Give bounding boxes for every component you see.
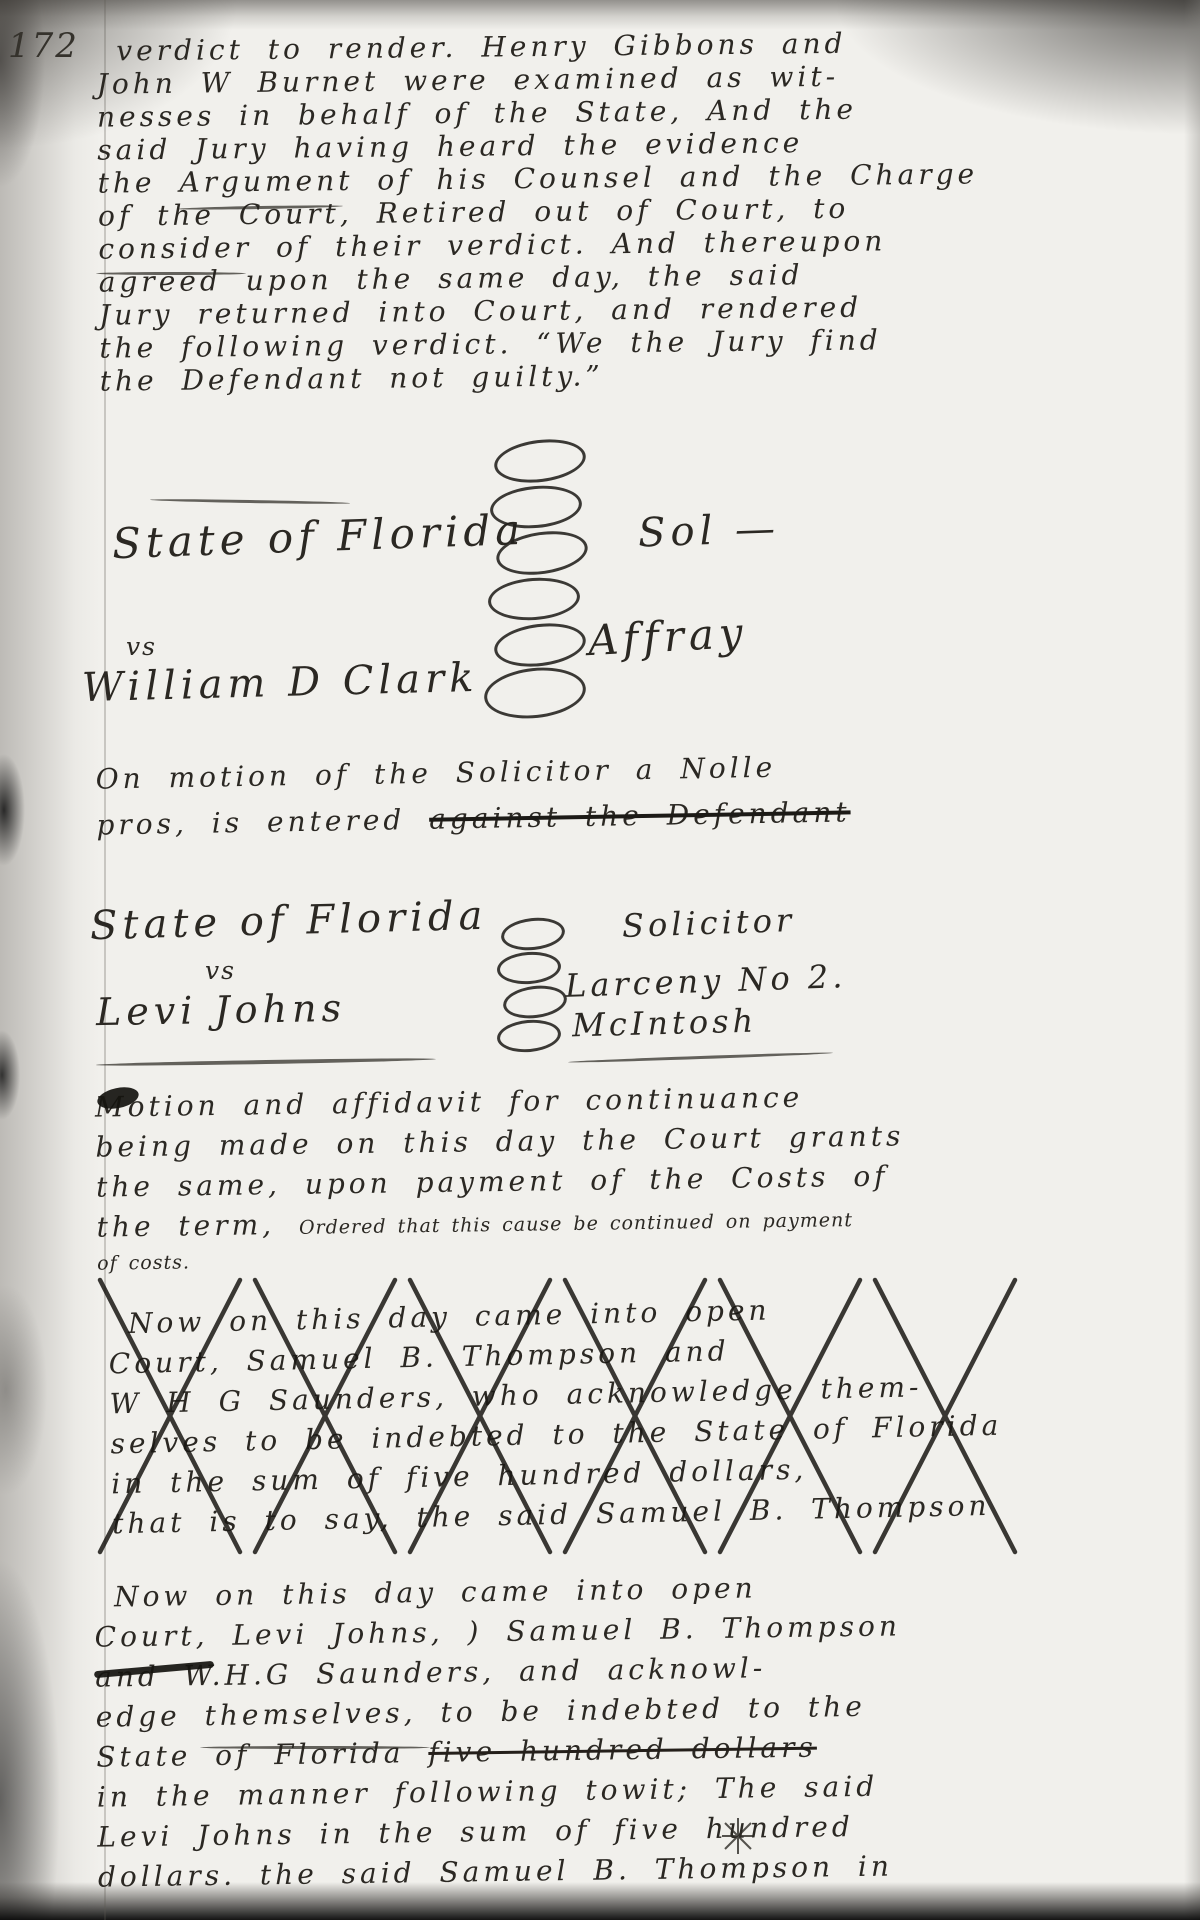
- case-plaintiff: State of Florida: [111, 505, 526, 568]
- underline-flourish-mcintosh: [568, 1051, 833, 1063]
- case-label-sol: Sol —: [637, 506, 781, 557]
- handwriting-text: the term,: [96, 1208, 299, 1244]
- underline-flourish-the-court: [96, 272, 246, 275]
- paragraph-jury-verdict: verdict to render. Henry Gibbons and Joh…: [96, 25, 980, 397]
- inserted-clerk-note: Ordered that this cause be continued on …: [299, 1209, 853, 1239]
- case-plaintiff: State of Florida: [89, 893, 487, 949]
- court-record-page-scan: 172 verdict to render. Henry Gibbons and…: [0, 0, 1200, 1920]
- paragraph-nolle-pros: On motion of the Solicitor a Nolle pros,…: [95, 743, 851, 848]
- case-defendant: Levi Johns: [96, 986, 347, 1034]
- case-vs: vs: [205, 956, 236, 985]
- underline-flourish-themselves: [200, 1746, 430, 1749]
- case-solicitor-name: McIntosh: [572, 1002, 758, 1045]
- page-number: 172: [8, 26, 79, 66]
- scan-edge-right: [1184, 0, 1200, 1920]
- case-charge: Affray: [587, 608, 749, 665]
- handwriting-text: pros, is entered: [96, 803, 429, 842]
- case-vs: vs: [126, 632, 157, 661]
- struck-text-five-hundred-dollars: five hundred dollars: [428, 1731, 817, 1769]
- scan-edge-left: [0, 0, 100, 1920]
- case-defendant: William D Clark: [81, 655, 479, 711]
- crossout-x-marks: [92, 1276, 1032, 1558]
- ink-starburst-mark: [718, 1816, 758, 1856]
- case-charge: Larceny No 2.: [564, 957, 846, 1005]
- underline-flourish-levi-johns: [96, 1057, 436, 1067]
- struck-text-against-defendant: against the Defendant: [429, 795, 851, 835]
- paragraph-continuance: Motion and affidavit for continuance bei…: [95, 1076, 906, 1276]
- handwriting-text: State of Florida: [96, 1736, 429, 1774]
- paragraph-recognizance-levi-johns: Now on this day came into open Court, Le…: [94, 1566, 905, 1897]
- underline-flourish-defendant: [150, 498, 350, 504]
- scan-edge-top: [0, 0, 1200, 30]
- case-solicitor-label: Solicitor: [621, 901, 795, 945]
